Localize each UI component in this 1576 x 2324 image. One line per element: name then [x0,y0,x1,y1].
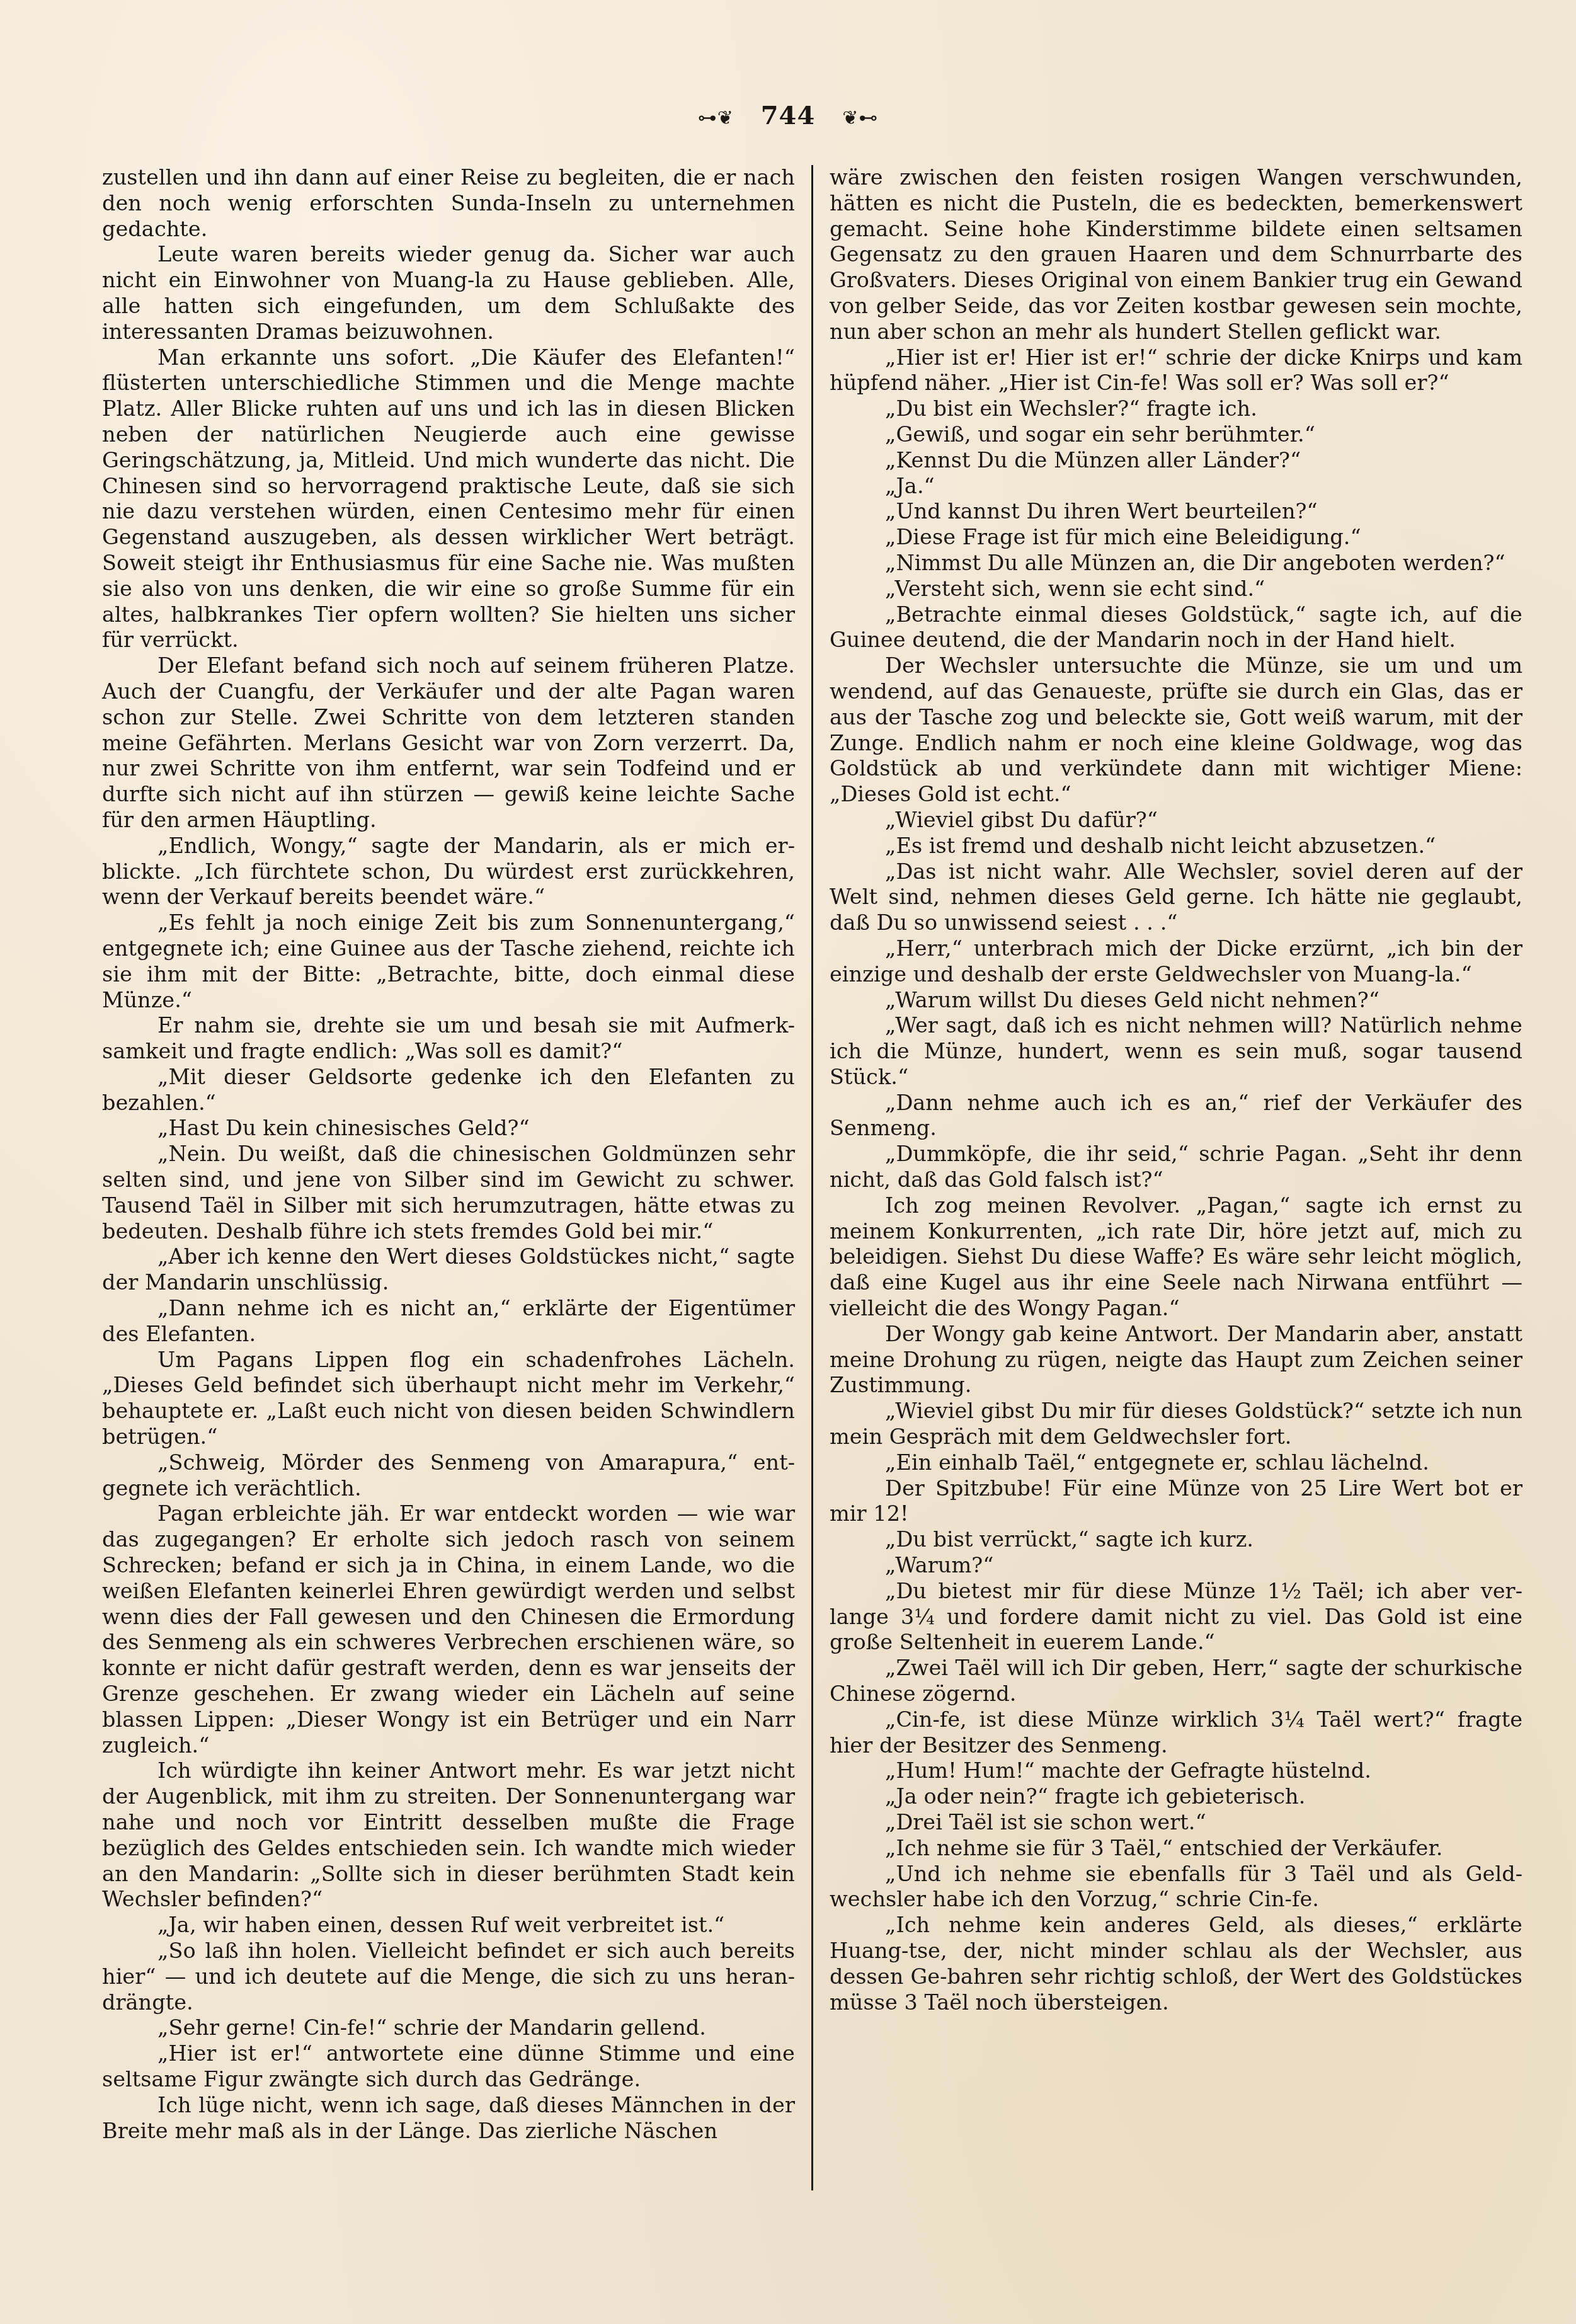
paragraph: „Ich nehme kein anderes Geld, als dieses… [830,1913,1522,2015]
paragraph: „Mit dieser Geldsorte gedenke ich den El… [102,1065,795,1116]
paragraph: „Wieviel gibst Du mir für dieses Goldstü… [830,1399,1522,1450]
paragraph: „Sehr gerne! Cin-fe!“ schrie der Mandari… [102,2015,795,2041]
paragraph: „Es fehlt ja noch einige Zeit bis zum So… [102,910,795,1013]
left-column: zustellen und ihn dann auf einer Reise z… [102,165,795,2190]
paragraph: „Hum! Hum!“ machte der Gefragte hüstelnd… [830,1758,1522,1784]
paragraph: „Dann nehme ich es nicht an,“ erklärte d… [102,1296,795,1348]
paragraph: Der Elefant befand sich noch auf seinem … [102,653,795,833]
paragraph: Ich würdigte ihn keiner Antwort mehr. Es… [102,1758,795,1913]
paragraph: „Hier ist er! Hier ist er!“ schrie der d… [830,345,1522,397]
paragraph: Er nahm sie, drehte sie um und besah sie… [102,1013,795,1065]
paragraph: „Wieviel gibst Du dafür?“ [830,808,1522,833]
paragraph: „Du bist verrückt,“ sagte ich kurz. [830,1527,1522,1553]
paragraph: „Endlich, Wongy,“ sagte der Mandarin, al… [102,833,795,910]
paragraph: „Ich nehme sie für 3 Taël,“ entschied de… [830,1836,1522,1862]
paragraph: Man erkannte uns sofort. „Die Käufer des… [102,345,795,654]
paragraph: „Zwei Taël will ich Dir geben, Herr,“ sa… [830,1656,1522,1707]
paragraph: „Du bist ein Wechsler?“ fragte ich. [830,396,1522,422]
paragraph: „Hast Du kein chinesisches Geld?“ [102,1116,795,1142]
paragraph: „Wer sagt, daß ich es nicht nehmen will?… [830,1013,1522,1090]
right-column: wäre zwischen den feisten rosigen Wangen… [830,165,1522,2190]
paragraph: wäre zwischen den feisten rosigen Wangen… [830,165,1522,345]
column-divider [811,165,813,2190]
paragraph: „So laß ihn holen. Vielleicht befindet e… [102,1938,795,2015]
paragraph: „Diese Frage ist für mich eine Beleidigu… [830,525,1522,551]
paragraph: „Dummköpfe, die ihr seid,“ schrie Pagan.… [830,1142,1522,1193]
paragraph: „Und ich nehme sie ebenfalls für 3 Taël … [830,1862,1522,1913]
paragraph: Ich zog meinen Revolver. „Pagan,“ sagte … [830,1193,1522,1322]
paragraph: „Aber ich kenne den Wert dieses Goldstüc… [102,1244,795,1296]
paragraph: Pagan erbleichte jäh. Er war entdeckt wo… [102,1501,795,1758]
paragraph: „Du bietest mir für diese Münze 1½ Taël;… [830,1579,1522,1656]
paragraph: „Nimmst Du alle Münzen an, die Dir angeb… [830,551,1522,576]
paragraph: „Warum?“ [830,1553,1522,1579]
paragraph: „Ja.“ [830,474,1522,500]
paragraph: Leute waren bereits wieder genug da. Sic… [102,242,795,345]
paragraph: „Nein. Du weißt, daß die chinesischen Go… [102,1142,795,1244]
paragraph: Der Wechsler untersuchte die Münze, sie … [830,653,1522,808]
paragraph: „Hier ist er!“ antwortete eine dünne Sti… [102,2041,795,2093]
paragraph: „Cin-fe, ist diese Münze wirklich 3¼ Taë… [830,1707,1522,1759]
paragraph: „Schweig, Mörder des Senmeng von Amarapu… [102,1450,795,1502]
paragraph: „Gewiß, und sogar ein sehr berühmter.“ [830,422,1522,448]
paragraph: „Ja oder nein?“ fragte ich gebieterisch. [830,1784,1522,1810]
paragraph: „Herr,“ unterbrach mich der Dicke erzürn… [830,936,1522,988]
paragraph: „Drei Taël ist sie schon wert.“ [830,1810,1522,1836]
ornament-left-icon: ⊶❦ [698,107,734,129]
paragraph: „Das ist nicht wahr. Alle Wechsler, sovi… [830,859,1522,936]
paragraph: „Und kannst Du ihren Wert beurteilen?“ [830,499,1522,525]
paragraph: „Betrachte einmal dieses Goldstück,“ sag… [830,602,1522,654]
page-number: 744 [761,101,816,130]
paragraph: Ich lüge nicht, wenn ich sage, daß diese… [102,2093,795,2144]
paragraph: zustellen und ihn dann auf einer Reise z… [102,165,795,242]
paragraph: „Warum willst Du dieses Geld nicht nehme… [830,988,1522,1014]
paragraph: Der Wongy gab keine Antwort. Der Mandari… [830,1322,1522,1399]
paragraph: „Es ist fremd und deshalb nicht leicht a… [830,833,1522,859]
page-header: ⊶❦ 744 ❦⊷ [0,101,1576,130]
paragraph: „Dann nehme auch ich es an,“ rief der Ve… [830,1090,1522,1142]
paragraph: Um Pagans Lippen flog ein schadenfrohes … [102,1348,795,1450]
ornament-right-icon: ❦⊷ [842,107,878,129]
paragraph: „Ja, wir haben einen, dessen Ruf weit ve… [102,1913,795,1938]
paragraph: „Versteht sich, wenn sie echt sind.“ [830,576,1522,602]
paragraph: „Ein einhalb Taël,“ entgegnete er, schla… [830,1450,1522,1476]
paragraph: Der Spitzbube! Für eine Münze von 25 Lir… [830,1476,1522,1528]
paragraph: „Kennst Du die Münzen aller Länder?“ [830,448,1522,474]
text-columns: zustellen und ihn dann auf einer Reise z… [102,165,1523,2190]
